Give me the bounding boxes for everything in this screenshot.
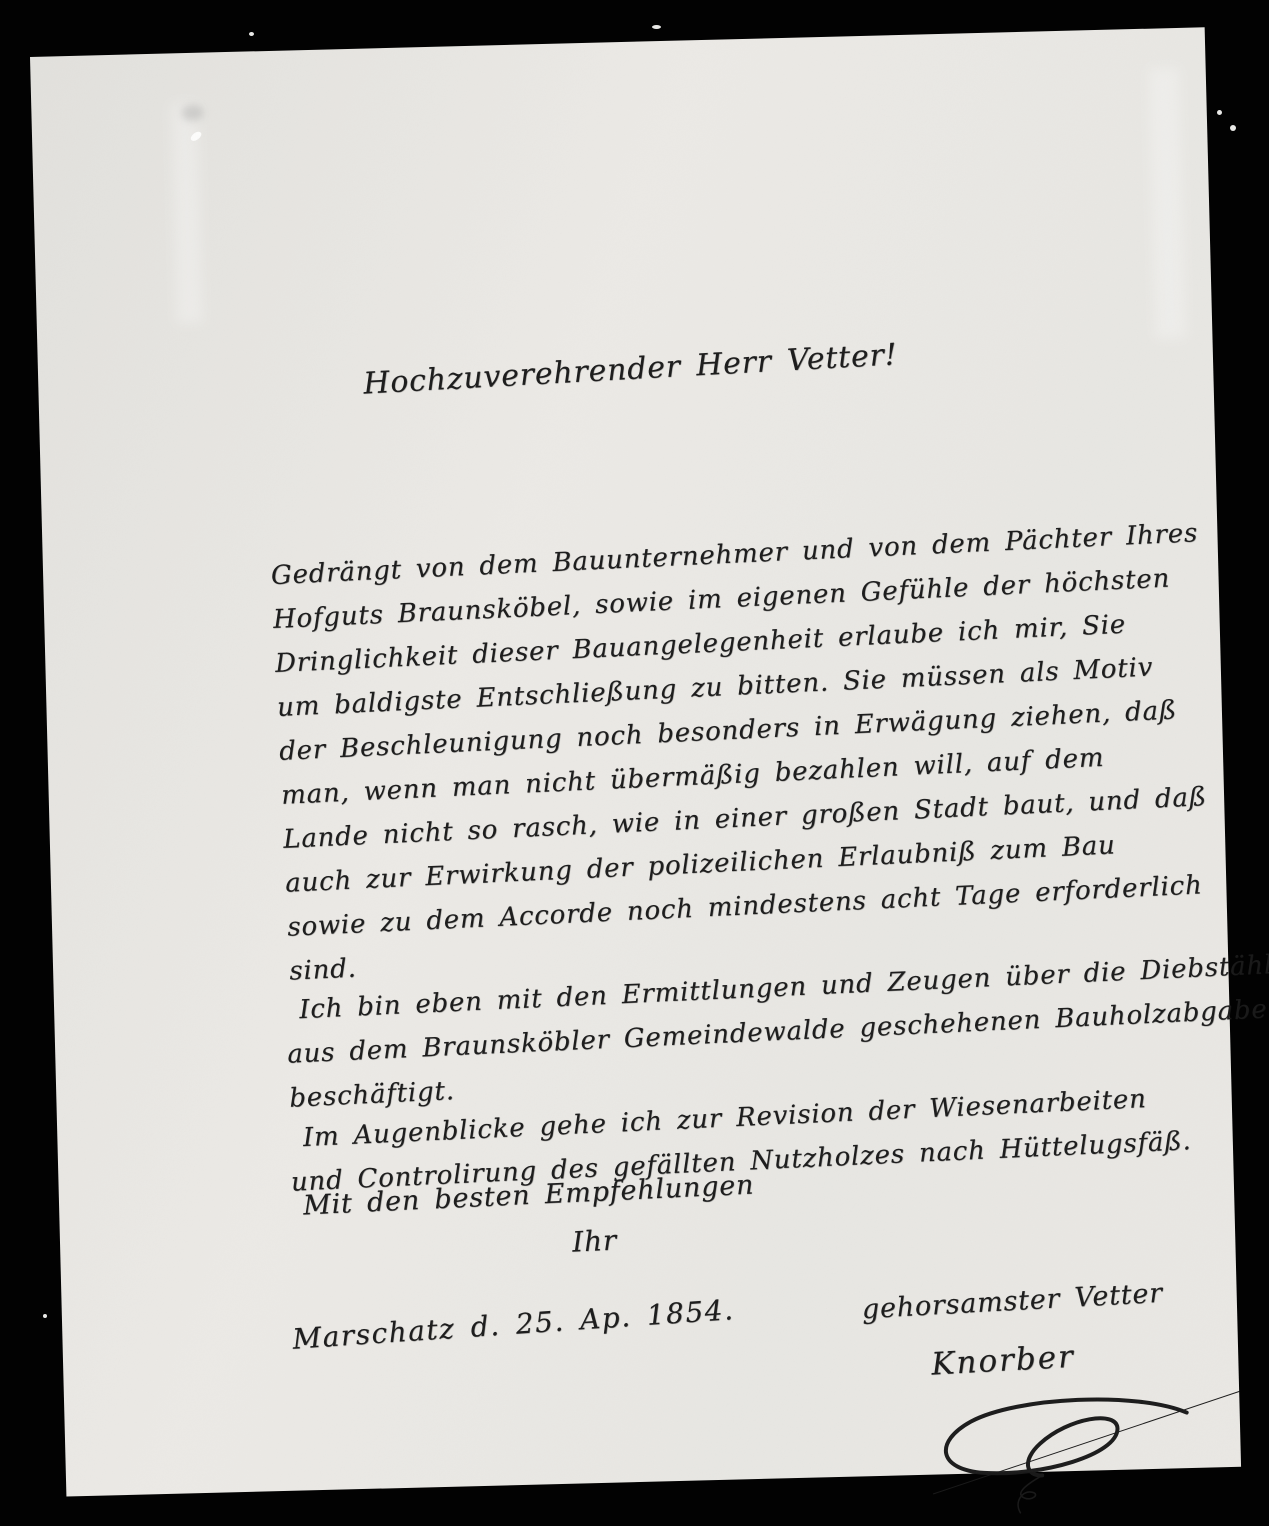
paper-sheet: Hochzuverehrender Herr Vetter! Gedrängt … [30, 27, 1241, 1496]
paper-smudge [181, 105, 203, 122]
dateline: Marschatz d. 25. Ap. 1854. [291, 1293, 735, 1356]
signature-flourish [917, 1371, 1254, 1521]
letter-salutation: Hochzuverehrender Herr Vetter! [362, 337, 898, 401]
scan-artifact-speck [1217, 110, 1222, 115]
scan-artifact-speck [43, 1314, 47, 1318]
scanned-letter-page: Hochzuverehrender Herr Vetter! Gedrängt … [0, 0, 1269, 1526]
paper-white-spot [189, 130, 203, 143]
signoff-line: gehorsamster Vetter [861, 1278, 1164, 1326]
signature-name: Knorber [930, 1339, 1075, 1383]
scan-artifact-speck [1230, 125, 1236, 131]
scan-light-streak [1149, 68, 1186, 339]
scan-artifact-speck [249, 32, 254, 36]
valediction-pronoun: Ihr [571, 1224, 617, 1259]
letter-body-paragraph-1: Gedrängt von dem Bauunternehmer und von … [270, 509, 1269, 994]
scan-artifact-speck [652, 25, 661, 29]
